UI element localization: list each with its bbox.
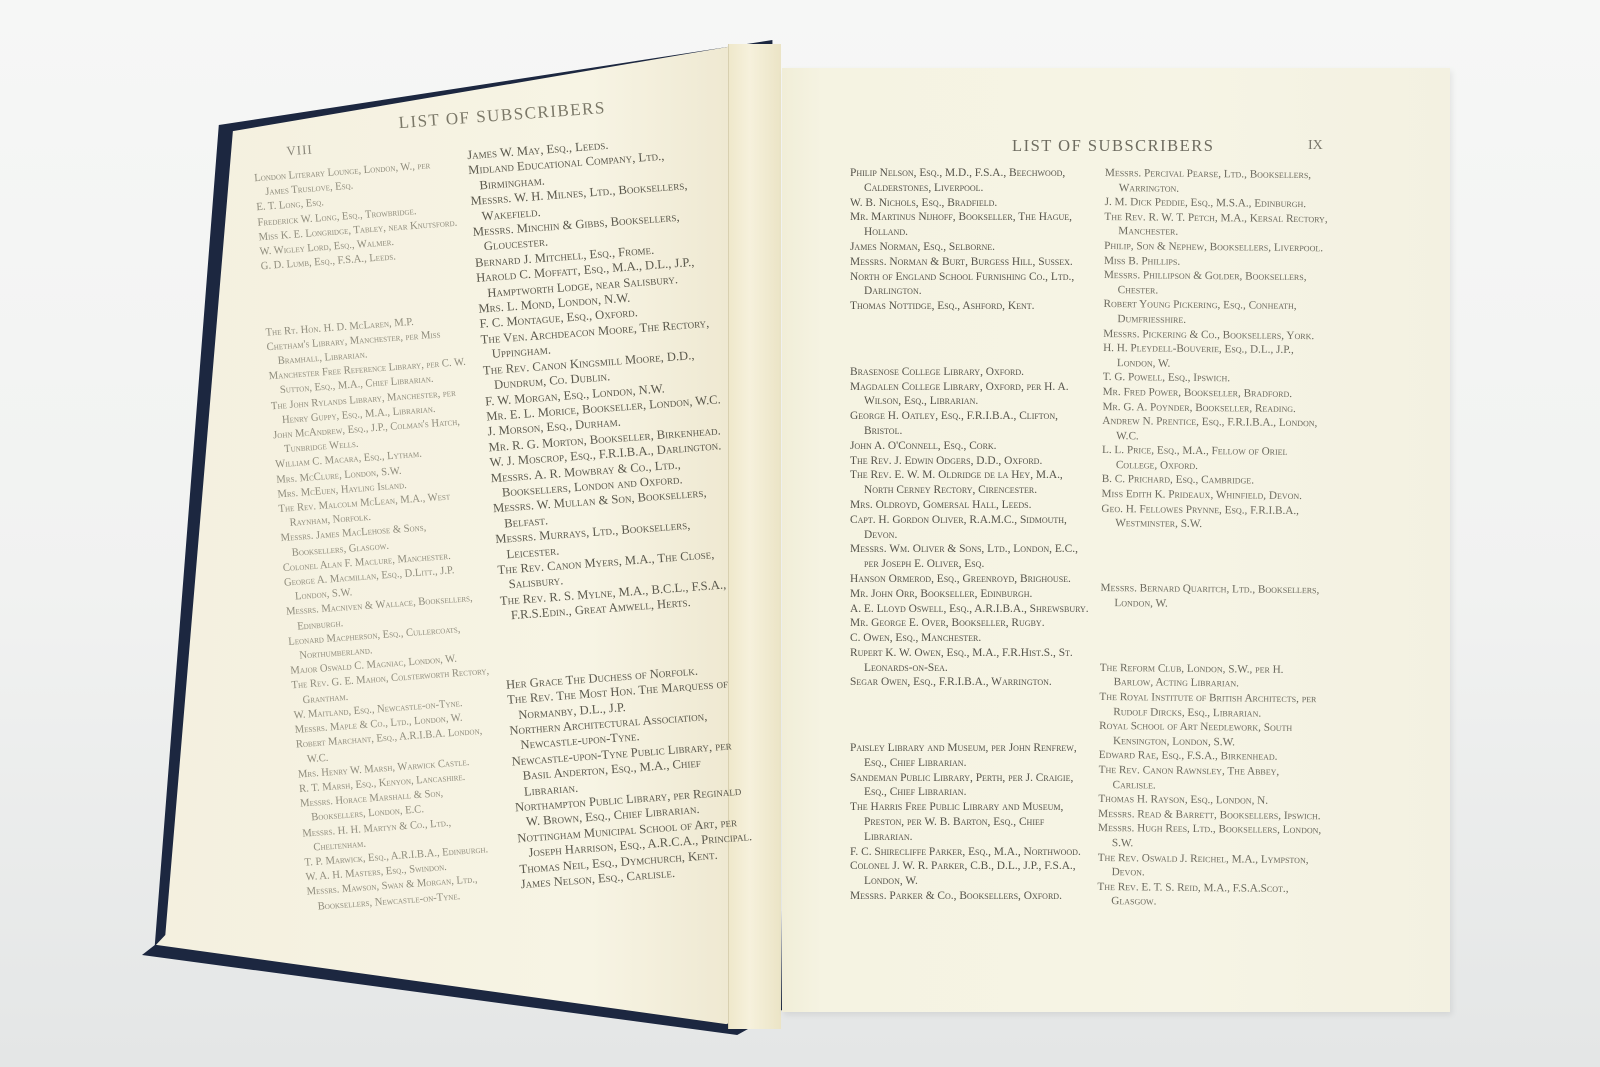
subscriber-entry: John A. O'Connell, Esq., Cork.: [850, 439, 1093, 454]
subscriber-entry: Sandeman Public Library, Perth, per J. C…: [850, 771, 1093, 801]
subscriber-entry: The Rev. J. Edwin Odgers, D.D., Oxford.: [850, 454, 1093, 469]
subscriber-entry: Mr. Martinus Nijhoff, Bookseller, The Ha…: [850, 210, 1093, 240]
subscriber-entry: Geo. H. Fellowes Prynne, Esq., F.R.I.B.A…: [1101, 502, 1327, 534]
subscriber-entry: Segar Owen, Esq., F.R.I.B.A., Warrington…: [850, 675, 1093, 690]
subscriber-entry: Messrs. Hugh Rees, Ltd., Booksellers, Lo…: [1098, 821, 1324, 853]
subscriber-entry: The Royal Institute of British Architect…: [1099, 690, 1325, 722]
book-photo: VIII LIST OF SUBSCRIBERS London Literary…: [0, 0, 1600, 1067]
right-page-header: LIST OF SUBSCRIBERS IX: [850, 136, 1330, 158]
subscriber-entry: Rupert K. W. Owen, Esq., M.A., F.R.Hist.…: [850, 646, 1093, 676]
subscriber-entry: Mr. George E. Over, Bookseller, Rugby.: [850, 616, 1093, 631]
subscriber-entry: W. B. Nichols, Esq., Bradfield.: [850, 196, 1093, 211]
subscriber-entry: Messrs. Bernard Quaritch, Ltd., Booksell…: [1100, 581, 1326, 613]
subscriber-entry: Hanson Ormerod, Esq., Greenroyd, Brighou…: [850, 572, 1093, 587]
subscriber-entry: Brasenose College Library, Oxford.: [850, 365, 1093, 380]
subscriber-entry: Mr. Fred Power, Bookseller, Bradford.: [1102, 385, 1327, 402]
subscriber-entry: F. C. Shirecliffe Parker, Esq., M.A., No…: [850, 845, 1093, 860]
subscriber-entry: H. H. Pleydell-Bouverie, Esq., D.L., J.P…: [1103, 341, 1329, 373]
subscriber-entry: C. Owen, Esq., Manchester.: [850, 631, 1093, 646]
subscriber-entry: Messrs. Wm. Oliver & Sons, Ltd., London,…: [850, 542, 1093, 572]
subscriber-entry: The Rev. E. T. S. Reid, M.A., F.S.A.Scot…: [1097, 880, 1323, 912]
subscriber-entry: Messrs. Norman & Burt, Burgess Hill, Sus…: [850, 255, 1093, 270]
right-page-text: LIST OF SUBSCRIBERS IX Philip Nelson, Es…: [850, 136, 1330, 909]
subscriber-entry: Mr. John Orr, Bookseller, Edinburgh.: [850, 587, 1093, 602]
subscriber-entry: Messrs. Phillipson & Golder, Booksellers…: [1103, 268, 1329, 300]
subscriber-column: James W. May, Esq., Leeds.Midland Educat…: [467, 131, 761, 893]
subscriber-entry: Capt. H. Gordon Oliver, R.A.M.C., Sidmou…: [850, 513, 1093, 543]
section-gap: [1100, 622, 1326, 652]
subscriber-entry: Paisley Library and Museum, per John Ren…: [850, 741, 1093, 771]
subscriber-entry: Messrs. Percival Pearse, Ltd., Bookselle…: [1104, 166, 1330, 198]
subscriber-entry: George H. Oatley, Esq., F.R.I.B.A., Clif…: [850, 409, 1093, 439]
subscriber-entry: Philip Nelson, Esq., M.D., F.S.A., Beech…: [850, 166, 1093, 196]
subscriber-entry: James Norman, Esq., Selborne.: [850, 240, 1093, 255]
subscriber-entry: Colonel J. W. R. Parker, C.B., D.L., J.P…: [850, 859, 1093, 889]
subscriber-entry: The Harris Free Public Library and Museu…: [850, 800, 1093, 844]
subscriber-entry: Robert Young Pickering, Esq., Conheath, …: [1103, 297, 1329, 329]
left-page-text: VIII LIST OF SUBSCRIBERS London Literary…: [250, 86, 767, 908]
subscriber-entry: North of England School Furnishing Co., …: [850, 270, 1093, 300]
section-gap: [262, 271, 464, 315]
subscriber-entry: The Rev. Canon Rawnsley, The Abbey, Carl…: [1098, 763, 1324, 795]
section-gap: [850, 325, 1093, 353]
subscriber-entry: Messrs. Parker & Co., Booksellers, Oxfor…: [850, 889, 1093, 904]
subscriber-entry: Andrew N. Prentice, Esq., F.R.I.B.A., Lo…: [1102, 414, 1328, 446]
subscriber-entry: The Rev. Oswald J. Reichel, M.A., Lympst…: [1097, 850, 1323, 882]
subscriber-entry: Magdalen College Library, Oxford, per H.…: [850, 380, 1093, 410]
subscriber-entry: The Reform Club, London, S.W., per H. Ba…: [1099, 661, 1325, 693]
subscriber-entry: Thomas Nottidge, Esq., Ashford, Kent.: [850, 299, 1093, 314]
page-number: IX: [1308, 138, 1323, 154]
section-gap: [503, 620, 744, 666]
subscriber-column: Messrs. Percival Pearse, Ltd., Bookselle…: [1097, 166, 1330, 911]
subscriber-entry: L. L. Price, Esq., M.A., Fellow of Oriel…: [1102, 443, 1328, 475]
subscriber-column: Philip Nelson, Esq., M.D., F.S.A., Beech…: [850, 166, 1093, 909]
page-title: LIST OF SUBSCRIBERS: [1012, 136, 1214, 156]
subscriber-entry: Mrs. Oldroyd, Gomersal Hall, Leeds.: [850, 498, 1093, 513]
subscriber-entry: The Rev. E. W. M. Oldridge de la Hey, M.…: [850, 468, 1093, 498]
section-gap: [1101, 542, 1327, 572]
page-number: VIII: [286, 142, 313, 160]
subscriber-entry: Royal School of Art Needlework, South Ke…: [1099, 719, 1325, 751]
section-gap: [850, 702, 1093, 730]
subscriber-entry: A. E. Lloyd Oswell, Esq., A.R.I.B.A., Sh…: [850, 602, 1093, 617]
subscriber-entry: The Rev. R. W. T. Petch, M.A., Kersal Re…: [1104, 210, 1330, 242]
